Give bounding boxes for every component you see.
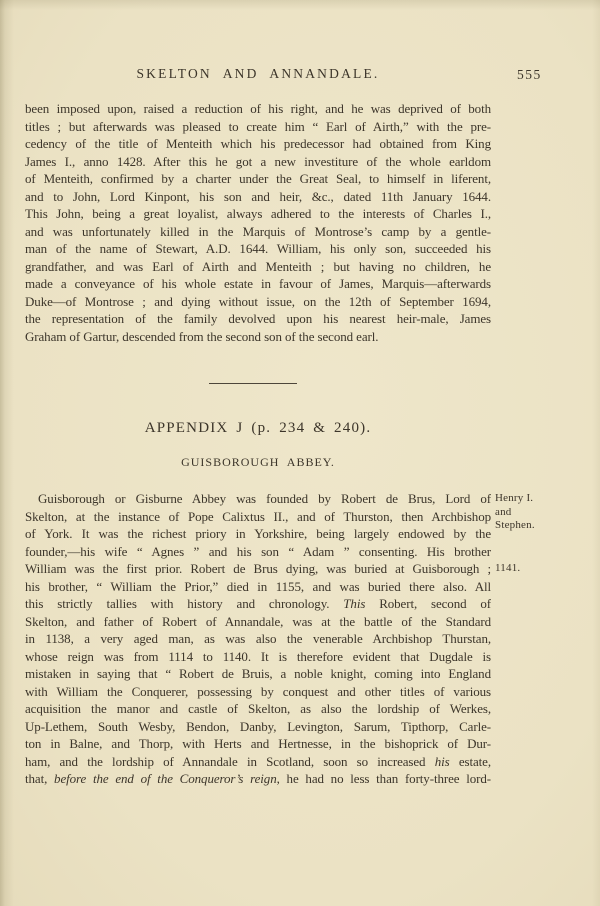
section-divider-rule <box>209 383 297 384</box>
text-line: Up-Lethem, South Wesby, Bendon, Danby, L… <box>25 718 491 736</box>
text-line: ton in Balne, and Thorp, with Herts and … <box>25 735 491 753</box>
text-line: grandfather, and was Earl of Airth and M… <box>25 258 491 276</box>
margin-note-line: Henry I. <box>495 492 571 506</box>
text-line: founder,—his wife “ Agnes ” and his son … <box>25 543 491 561</box>
text-line: whose reign was from 1114 to 1140. It is… <box>25 648 491 666</box>
margin-note-line: and <box>495 506 571 520</box>
text-line: mistaken in saying that “ Robert de Brui… <box>25 665 491 683</box>
appendix-heading: APPENDIX J (p. 234 & 240). <box>25 420 491 437</box>
text-line: man of the name of Stewart, A.D. 1644. W… <box>25 240 491 258</box>
paragraph-1: been imposed upon, raised a reduction of… <box>25 100 491 345</box>
text-line: James I., anno 1428. After this he got a… <box>25 153 491 171</box>
paragraph-2-text: Guisborough or Gisburne Abbey was founde… <box>25 490 491 788</box>
text-line: that, before the end of the Conqueror’s … <box>25 770 491 788</box>
text-line: ham, and the lordship of Annandale in Sc… <box>25 753 491 771</box>
text-line: this strictly tallies with history and c… <box>25 595 491 613</box>
text-line: with William the Conquerer, possessing b… <box>25 683 491 701</box>
appendix-subheading: GUISBOROUGH ABBEY. <box>25 455 491 470</box>
book-page-scan: SKELTON AND ANNANDALE. 555 been imposed … <box>0 0 600 906</box>
margin-note: Henry I.andStephen. <box>495 492 571 533</box>
margin-note-line: Stephen. <box>495 519 571 533</box>
text-line: the representation of the family devolve… <box>25 310 491 328</box>
text-line: been imposed upon, raised a reduction of… <box>25 100 491 118</box>
text-line: his brother, “ William the Prior,” died … <box>25 578 491 596</box>
text-line: titles ; but afterwards was pleased to c… <box>25 118 491 136</box>
text-line: Skelton, at the instance of Pope Calixtu… <box>25 508 491 526</box>
paragraph-2-section: Guisborough or Gisburne Abbey was founde… <box>25 490 570 788</box>
margin-note: 1141. <box>495 562 571 576</box>
text-line: Duke—of Montrose ; and dying without iss… <box>25 293 491 311</box>
text-line: William was the first prior. Robert de B… <box>25 560 491 578</box>
text-line: cedency of the title of Menteith which h… <box>25 135 491 153</box>
text-line: Skelton, and father of Robert of Annanda… <box>25 613 491 631</box>
margin-note-line: 1141. <box>495 562 571 576</box>
page-number: 555 <box>517 67 542 83</box>
text-line: made a conveyance of his whole estate in… <box>25 275 491 293</box>
text-line: Graham of Gartur, descended from the sec… <box>25 328 491 346</box>
text-line: of Menteith, confirmed by a charter unde… <box>25 170 491 188</box>
text-line: and was unfortunately killed in the Marq… <box>25 223 491 241</box>
text-line: of York. It was the richest priory in Yo… <box>25 525 491 543</box>
text-line: and to John, Lord Kinpont, his son and h… <box>25 188 491 206</box>
text-line: Guisborough or Gisburne Abbey was founde… <box>25 490 491 508</box>
running-header-title: SKELTON AND ANNANDALE. <box>25 66 491 82</box>
text-line: acquisition the manor and castle of Skel… <box>25 700 491 718</box>
text-line: in 1138, a very aged man, as was also th… <box>25 630 491 648</box>
text-line: This John, being a great loyalist, alway… <box>25 205 491 223</box>
